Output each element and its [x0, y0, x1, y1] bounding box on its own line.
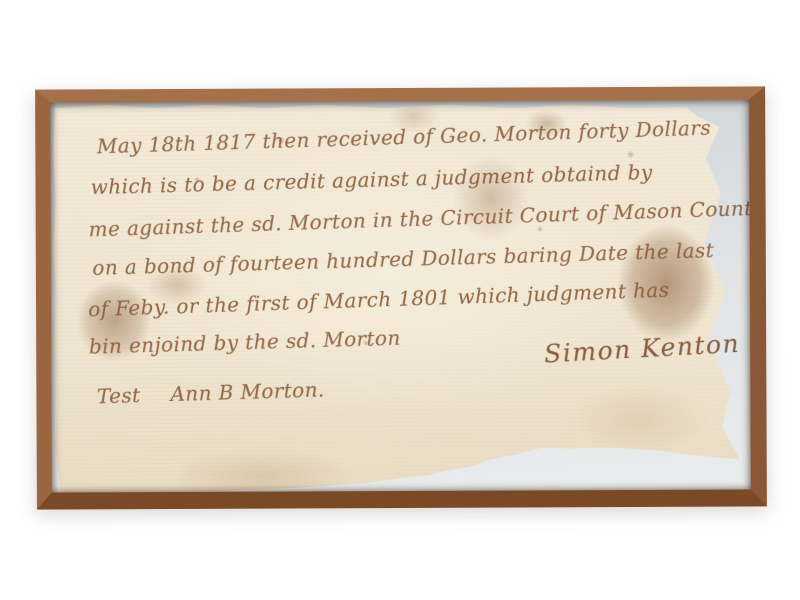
handwritten-line-6: bin enjoind by the sd. Morton	[89, 326, 401, 359]
handwritten-line-5: of Feby. or the first of March 1801 whic…	[88, 278, 670, 322]
handwritten-line-4: on a bond of fourteen hundred Dollars ba…	[92, 238, 714, 280]
attestation-line: TestAnn B Morton.	[97, 377, 325, 408]
frame-interior: May 18th 1817 then received of Geo. Mort…	[50, 99, 751, 492]
signature-simon-kenton: Simon Kenton	[543, 329, 740, 369]
handwritten-line-2: which is to be a credit against a judgme…	[90, 160, 652, 199]
handwritten-line-1: May 18th 1817 then received of Geo. Mort…	[97, 116, 712, 159]
attestation-label: Test	[97, 383, 141, 408]
handwritten-line-3: me against the sd. Morton in the Circuit…	[88, 196, 751, 242]
attestation-witness-name: Ann B Morton.	[170, 377, 325, 406]
photo-background: May 18th 1817 then received of Geo. Mort…	[0, 0, 800, 600]
handwritten-text: May 18th 1817 then received of Geo. Mort…	[50, 99, 751, 492]
picture-frame: May 18th 1817 then received of Geo. Mort…	[35, 86, 767, 509]
